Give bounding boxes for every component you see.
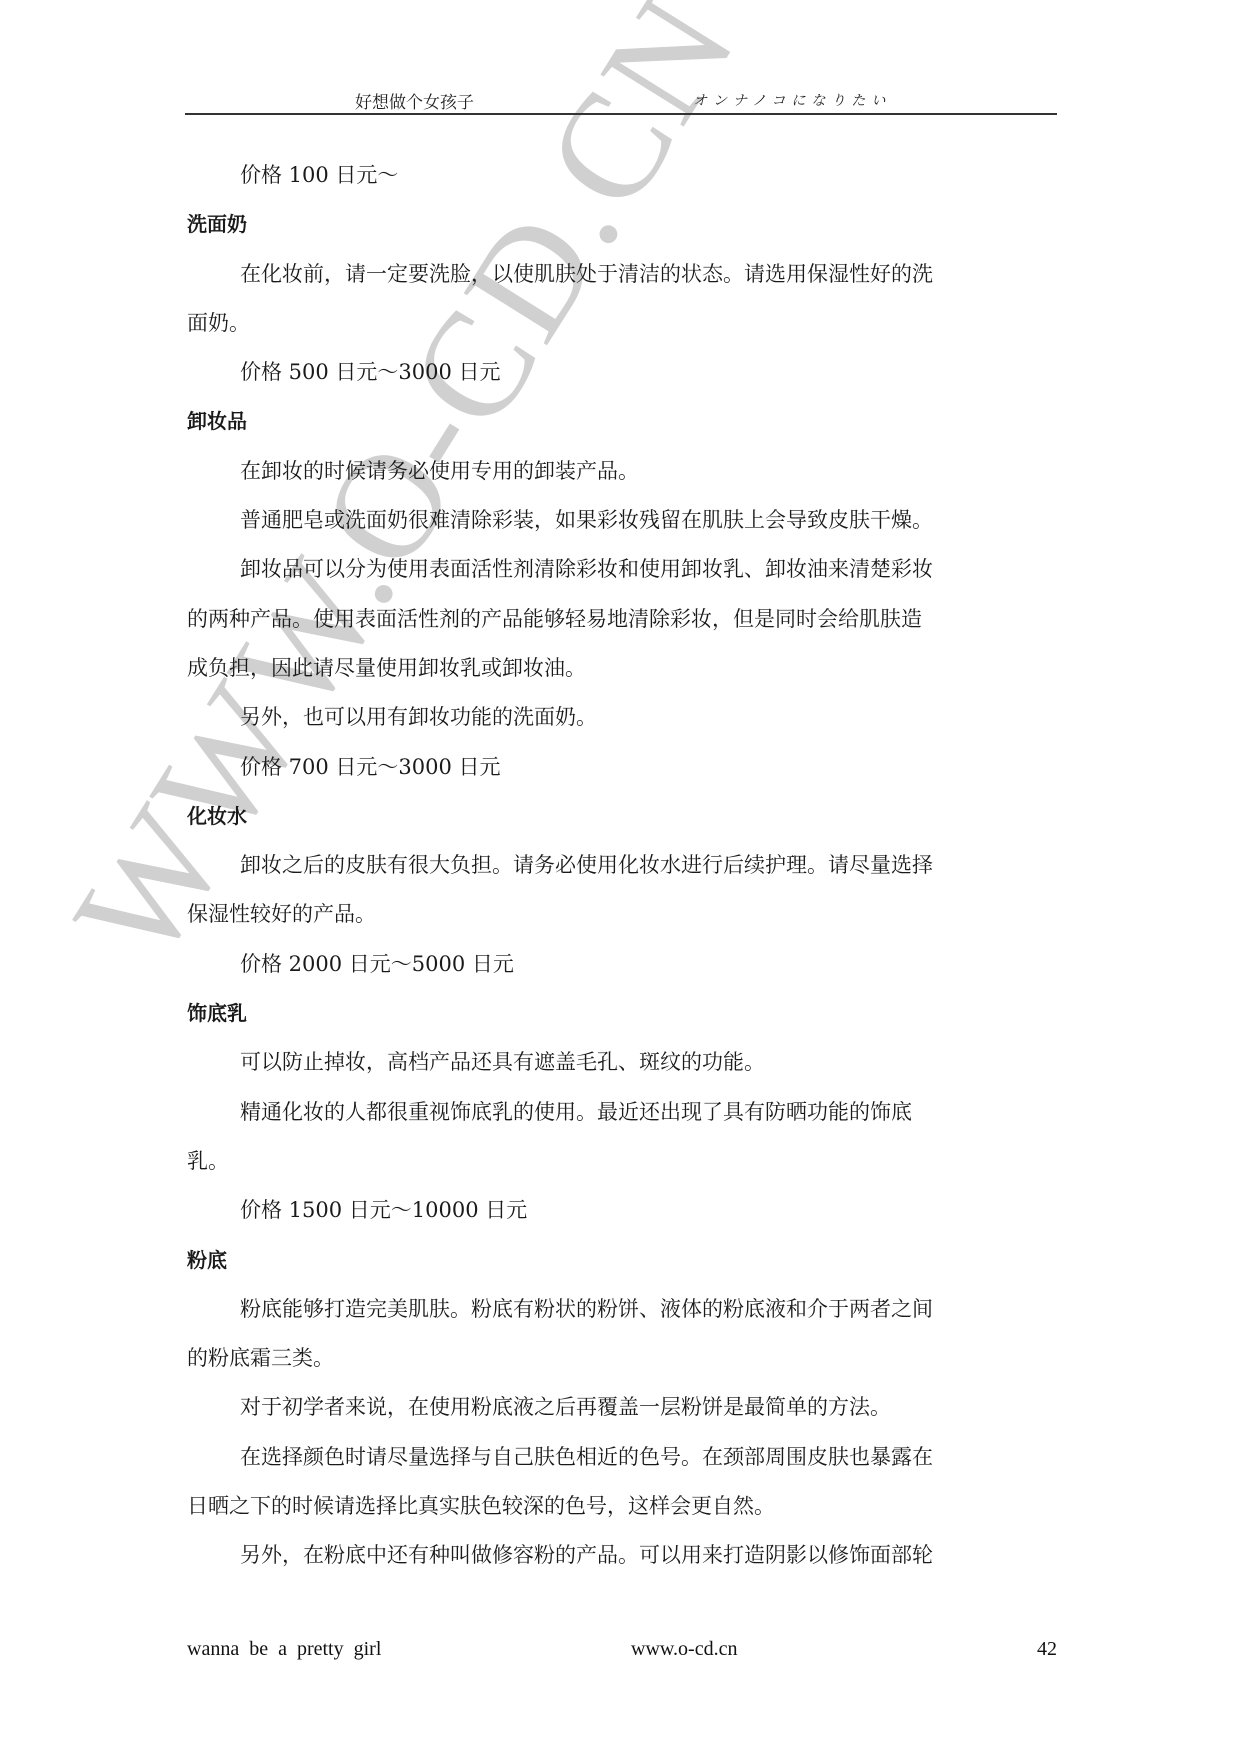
section-heading: 卸妆品 <box>187 404 1055 453</box>
section-heading: 洗面奶 <box>187 207 1055 256</box>
text-line: 另外，也可以用有卸妆功能的洗面奶。 <box>187 700 1055 749</box>
header-title-cn: 好想做个女孩子 <box>355 88 474 113</box>
text-line: 日晒之下的时候请选择比真实肤色较深的色号，这样会更自然。 <box>187 1489 1055 1538</box>
page-body: 价格 100 日元～洗面奶在化妆前，请一定要洗脸，以使肌肤处于清洁的状态。请选用… <box>187 158 1055 1588</box>
text-line: 成负担，因此请尽量使用卸妆乳或卸妆油。 <box>187 651 1055 700</box>
text-line: 在化妆前，请一定要洗脸，以使肌肤处于清洁的状态。请选用保湿性好的洗 <box>187 257 1055 306</box>
section-heading: 粉底 <box>187 1243 1055 1292</box>
text-line: 价格 500 日元～3000 日元 <box>187 355 1055 404</box>
footer-url: www.o-cd.cn <box>631 1638 737 1661</box>
text-line: 的两种产品。使用表面活性剂的产品能够轻易地清除彩妆，但是同时会给肌肤造 <box>187 602 1055 651</box>
text-line: 卸妆品可以分为使用表面活性剂清除彩妆和使用卸妆乳、卸妆油来清楚彩妆 <box>187 552 1055 601</box>
footer-tagline: wanna be a pretty girl <box>187 1638 381 1661</box>
section-heading: 化妆水 <box>187 799 1055 848</box>
text-line: 普通肥皂或洗面奶很难清除彩装，如果彩妆残留在肌肤上会导致皮肤干燥。 <box>187 503 1055 552</box>
text-line: 面奶。 <box>187 306 1055 355</box>
text-line: 价格 700 日元～3000 日元 <box>187 750 1055 799</box>
text-line: 价格 2000 日元～5000 日元 <box>187 947 1055 996</box>
text-line: 粉底能够打造完美肌肤。粉底有粉状的粉饼、液体的粉底液和介于两者之间 <box>187 1292 1055 1341</box>
text-line: 价格 100 日元～ <box>187 158 1055 207</box>
text-line: 乳。 <box>187 1144 1055 1193</box>
text-line: 保湿性较好的产品。 <box>187 897 1055 946</box>
section-heading: 饰底乳 <box>187 996 1055 1045</box>
text-line: 可以防止掉妆，高档产品还具有遮盖毛孔、斑纹的功能。 <box>187 1045 1055 1094</box>
text-line: 卸妆之后的皮肤有很大负担。请务必使用化妆水进行后续护理。请尽量选择 <box>187 848 1055 897</box>
text-line: 另外，在粉底中还有种叫做修容粉的产品。可以用来打造阴影以修饰面部轮 <box>187 1538 1055 1587</box>
header-rule <box>185 113 1057 115</box>
text-line: 在选择颜色时请尽量选择与自己肤色相近的色号。在颈部周围皮肤也暴露在 <box>187 1440 1055 1489</box>
text-line: 对于初学者来说，在使用粉底液之后再覆盖一层粉饼是最简单的方法。 <box>187 1390 1055 1439</box>
header-title-jp: オンナノコになりたい <box>693 90 891 110</box>
document-page: WWW.O-CD.CN 好想做个女孩子 オンナノコになりたい 价格 100 日元… <box>0 0 1241 1755</box>
text-line: 精通化妆的人都很重视饰底乳的使用。最近还出现了具有防晒功能的饰底 <box>187 1095 1055 1144</box>
page-number: 42 <box>1037 1638 1057 1661</box>
text-line: 在卸妆的时候请务必使用专用的卸装产品。 <box>187 454 1055 503</box>
text-line: 价格 1500 日元～10000 日元 <box>187 1193 1055 1242</box>
text-line: 的粉底霜三类。 <box>187 1341 1055 1390</box>
